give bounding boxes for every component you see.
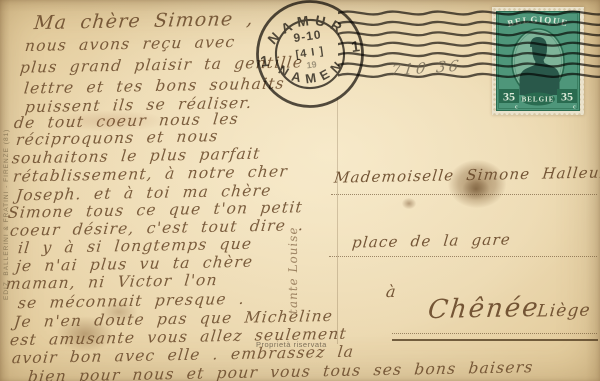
rights-notice: Proprietà riservata — [256, 340, 327, 349]
stamp-cent-right: c — [573, 105, 576, 111]
address-rule-1 — [331, 194, 597, 195]
address-region: Liège — [536, 302, 592, 321]
stain-dot — [402, 198, 416, 209]
postmark-time: 9-10 — [293, 27, 323, 45]
message-line-15: maman, ni Victor l'on — [5, 272, 218, 292]
stamp-country-bottom: BELGIE — [522, 96, 555, 104]
address-name: Mademoiselle Simone Halleux — [333, 165, 600, 186]
address-rule-3 — [392, 333, 597, 334]
postmark-year: 19 — [306, 59, 317, 70]
postcard-scan: Ma chère Simone ,nous avons reçu avecplu… — [0, 0, 600, 381]
divider-line — [337, 98, 338, 344]
address-prefix: à — [385, 284, 397, 301]
postmark-group: NAMUR NAMEN 9-10 [4 I ] 19 1 1 — [251, 0, 370, 113]
postmark-right-numeral: 1 — [350, 38, 361, 56]
cancellation-wave-1 — [338, 12, 600, 15]
postmark: NAMUR NAMEN 9-10 [4 I ] 19 1 1 — [247, 0, 373, 117]
address-street: place de la gare — [351, 232, 512, 251]
postmark-date: [4 I ] — [295, 45, 325, 61]
cancellation-wave-3 — [338, 32, 600, 35]
stamp-cent-left: c — [515, 105, 518, 111]
address-rule-3-solid — [392, 339, 598, 341]
cancellation-wave-5 — [338, 53, 600, 56]
cancellation-waves — [338, 0, 600, 92]
message-line-2: nous avons reçu avec — [24, 34, 236, 54]
address-city: Chênée — [427, 295, 541, 324]
cancellation-wave-7 — [338, 74, 600, 77]
cancellation-wave-2 — [338, 22, 600, 25]
cancellation-wave-4 — [338, 43, 600, 46]
message-line-1: Ma chère Simone , — [33, 10, 255, 34]
cancellation-wave-6 — [338, 64, 600, 67]
address-rule-2 — [329, 256, 597, 257]
postmark-left-numeral: 1 — [259, 53, 270, 71]
publisher-imprint: EDIZ. BALLERINI & FRATINI - FIRENZE (81) — [3, 88, 10, 300]
side-note: tante Louise — [286, 228, 300, 315]
